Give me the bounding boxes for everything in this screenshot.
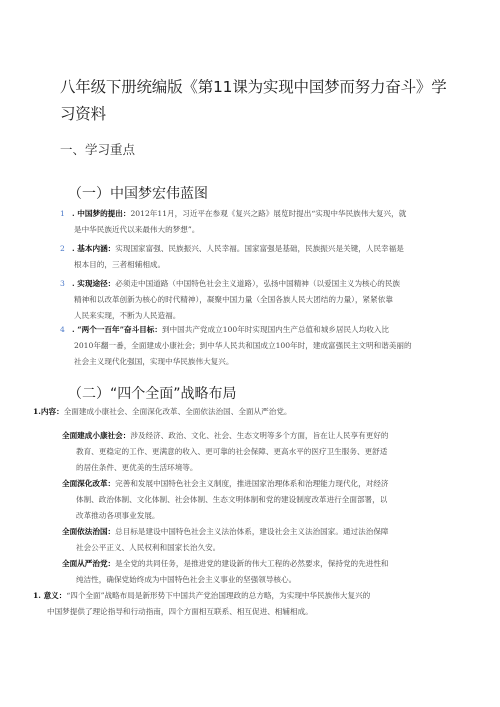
item-text: 必须走中国道路（中国特色社会主义道路），弘扬中国精神（以爱国主义为核心的民族 bbox=[115, 279, 400, 288]
point-label: 全面深化改革： bbox=[62, 479, 115, 488]
point-text: 总目标是建设中国特色社会主义法治体系，建设社会主义法治国家。通过法治保障 bbox=[115, 527, 388, 536]
point-text: 教育、更稳定的工作、更满意的收入、更可靠的社会保障、更高水平的医疗卫生服务、更舒… bbox=[62, 444, 472, 460]
content-text: 全面建成小康社会、全面深化改革、全面依法治国、全面从严治党。 bbox=[64, 407, 292, 416]
point-text: 是全党的共同任务，是推进党的建设新的伟大工程的必然要求，保持党的先进性和 bbox=[115, 559, 388, 568]
meaning-text: “四个全面”战略布局是新形势下中国共产党治国理政的总方略，为实现中华民族伟大复兴… bbox=[66, 591, 370, 600]
item-text-cont: 2010年翻一番，全面建成小康社会；到中华人民共和国成立100年时，建成富强民主… bbox=[60, 338, 470, 354]
item-text-cont: 根本目的，三者相辅相成。 bbox=[60, 257, 470, 273]
point-item: 全面建成小康社会：涉及经济、政治、文化、社会、生态文明等多个方面，旨在让人民享有… bbox=[62, 428, 472, 476]
meaning-label: 1. 意义： bbox=[33, 591, 66, 600]
item-label: . “两个一百年”奋斗目标： bbox=[72, 325, 162, 334]
list-item: 2. 基本内涵：实现国家富强、民族振兴、人民幸福。国家富强是基础，民族振兴是关键… bbox=[60, 241, 470, 273]
item-label: . 实现途径： bbox=[72, 279, 115, 288]
list-item: 3. 实现途径：必须走中国道路（中国特色社会主义道路），弘扬中国精神（以爱国主义… bbox=[60, 276, 470, 324]
list-item: 1. 中国梦的提出：2012年11月，习近平在参观《复兴之路》展览时提出“实现中… bbox=[60, 206, 470, 238]
point-text: 完善和发展中国特色社会主义制度，推进国家治理体系和治理能力现代化，对经济 bbox=[115, 479, 388, 488]
subheading-china-dream-blueprint: （一）中国梦宏伟蓝图 bbox=[68, 183, 208, 203]
list-number: 3 bbox=[60, 276, 72, 292]
point-label: 全面从严治党： bbox=[62, 559, 115, 568]
point-text: 纯洁性，确保党始终成为中国特色社会主义事业的坚强领导核心。 bbox=[62, 572, 472, 588]
list-number: 1 bbox=[60, 206, 72, 222]
point-item: 全面深化改革：完善和发展中国特色社会主义制度，推进国家治理体系和治理能力现代化，… bbox=[62, 476, 472, 524]
item-label: . 中国梦的提出： bbox=[72, 209, 130, 218]
meaning-text: 中国梦提供了理论指导和行动指南，四个方面相互联系、相互促进、相辅相成。 bbox=[33, 604, 473, 620]
list-number: 2 bbox=[60, 241, 72, 257]
content-label: 1.内容： bbox=[33, 407, 64, 416]
point-item: 全面从严治党：是全党的共同任务，是推进党的建设新的伟大工程的必然要求，保持党的先… bbox=[62, 556, 472, 588]
meaning-paragraph: 1. 意义：“四个全面”战略布局是新形势下中国共产党治国理政的总方略，为实现中华… bbox=[33, 588, 473, 620]
point-text: 体制、政治体制、文化体制、社会体制、生态文明体制和党的建设制度改革进行全面部署，… bbox=[62, 492, 472, 508]
item-text-cont: 社会主义现代化强国，实现中华民族伟大复兴。 bbox=[60, 354, 470, 370]
section-heading-study-focus: 一、学习重点 bbox=[60, 140, 135, 158]
point-label: 全面依法治国： bbox=[62, 527, 115, 536]
list-item: 4. “两个一百年”奋斗目标：到中国共产党成立100年时实现国内生产总值和城乡居… bbox=[60, 322, 470, 370]
document-title: 八年级下册统编版《第11课为实现中国梦而努力奋斗》学习资料 bbox=[60, 74, 460, 128]
item-text: 2012年11月，习近平在参观《复兴之路》展览时提出“实现中华民族伟大复兴，就 bbox=[130, 209, 406, 218]
item-text: 实现国家富强、民族振兴、人民幸福。国家富强是基础，民族振兴是关键，人民幸福是 bbox=[115, 244, 404, 253]
list-number: 4 bbox=[60, 322, 72, 338]
item-text: 到中国共产党成立100年时实现国内生产总值和城乡居民人均收入比 bbox=[162, 325, 389, 334]
item-text-cont: 是中华民族近代以来最伟大的梦想”。 bbox=[60, 222, 470, 238]
point-text: 改革推动各项事业发展。 bbox=[62, 508, 472, 524]
content-paragraph: 1.内容：全面建成小康社会、全面深化改革、全面依法治国、全面从严治党。 bbox=[33, 404, 473, 420]
point-item: 全面依法治国：总目标是建设中国特色社会主义法治体系，建设社会主义法治国家。通过法… bbox=[62, 524, 472, 556]
item-text-cont: 精神和以改革创新为核心的时代精神），凝聚中国力量（全国各族人民大团结的力量），紧… bbox=[60, 292, 470, 308]
point-text: 社会公平正义、人民权利和国家长治久安。 bbox=[62, 540, 472, 556]
subheading-four-comprehensives: （二）“四个全面”战略布局 bbox=[68, 383, 237, 403]
point-text: 涉及经济、政治、文化、社会、生态文明等多个方面，旨在让人民享有更好的 bbox=[130, 431, 388, 440]
point-text: 的居住条件、更优美的生活环境等。 bbox=[62, 460, 472, 476]
item-label: . 基本内涵： bbox=[72, 244, 115, 253]
point-label: 全面建成小康社会： bbox=[62, 431, 130, 440]
